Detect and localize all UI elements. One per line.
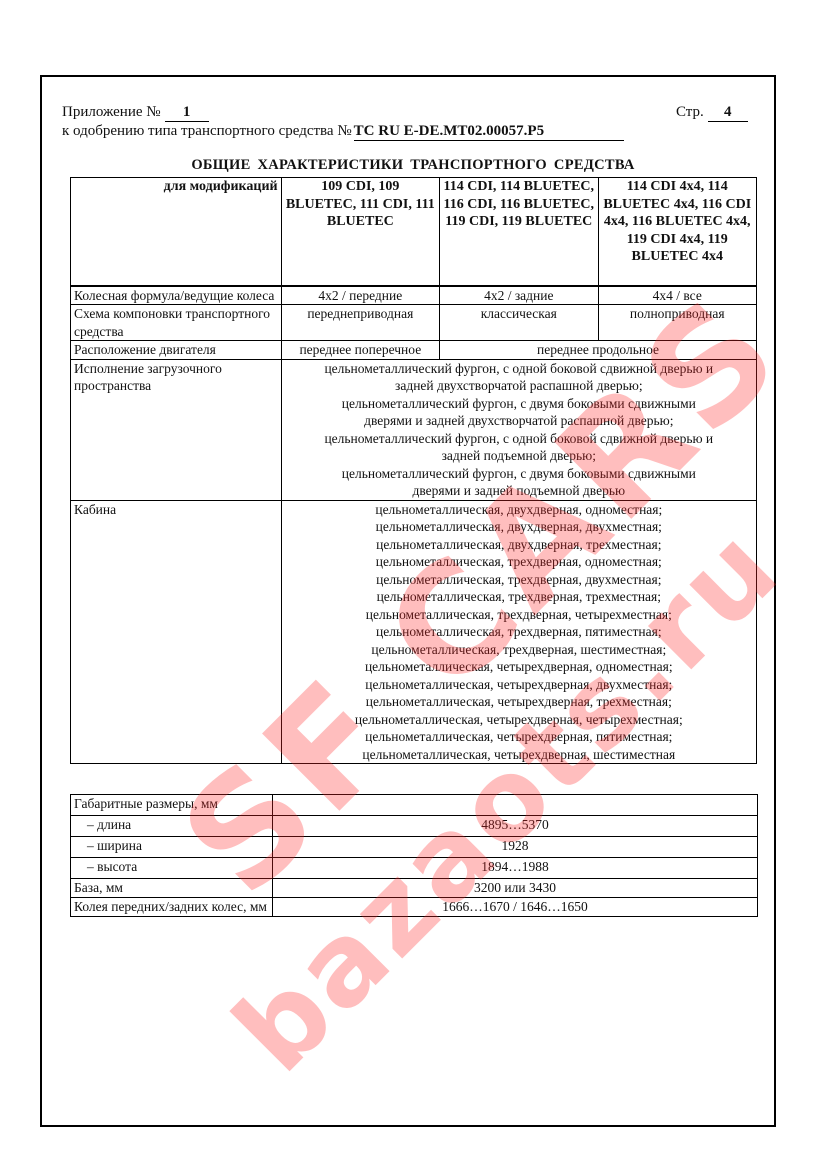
- cabin-line: цельнометаллическая, трехдверная, двухме…: [285, 571, 753, 589]
- cargo-line: дверями и задней подъемной дверью: [285, 482, 753, 500]
- cabin-line: цельнометаллическая, трехдверная, пятиме…: [285, 623, 753, 641]
- row-value: 4x2 / передние: [281, 286, 439, 305]
- spec-table: для модификаций 109 CDI, 109 BLUETEC, 11…: [70, 177, 757, 764]
- row-label: Расположение двигателя: [71, 341, 282, 360]
- track-label: Колея передних/задних колес, мм: [71, 898, 273, 917]
- appendix-label: Приложение №: [62, 104, 161, 120]
- height-value: 1894…1988: [273, 858, 758, 879]
- table-row: Габаритные размеры, мм: [71, 795, 758, 816]
- table-row: – длина 4895…5370: [71, 816, 758, 837]
- table-row: Схема компоновки транспортного средства …: [71, 305, 757, 341]
- cabin-line: цельнометаллическая, двухдверная, одноме…: [285, 501, 753, 519]
- cabin-line: цельнометаллическая, четырехдверная, одн…: [285, 658, 753, 676]
- overall-dimensions-value: [273, 795, 758, 816]
- width-value: 1928: [273, 837, 758, 858]
- table-row: Расположение двигателя переднее поперечн…: [71, 341, 757, 360]
- cabin-line: цельнометаллическая, четырехдверная, шес…: [285, 746, 753, 764]
- appendix-number: 1: [165, 103, 209, 122]
- cargo-line: цельнометаллический фургон, с двумя боко…: [285, 395, 753, 413]
- cabin-line: цельнометаллическая, трехдверная, одноме…: [285, 553, 753, 571]
- cabin-line: цельнометаллическая, трехдверная, четыре…: [285, 606, 753, 624]
- modifications-row: для модификаций 109 CDI, 109 BLUETEC, 11…: [71, 178, 757, 286]
- row-value: полноприводная: [598, 305, 757, 341]
- height-label: – высота: [71, 858, 273, 879]
- cabin-row: Кабина цельнометаллическая, двухдверная,…: [71, 500, 757, 764]
- row-value: переднеприводная: [281, 305, 439, 341]
- length-label: – длина: [71, 816, 273, 837]
- approval-number: TC RU E-DE.MT02.00057.P5: [354, 122, 624, 141]
- modification-group-3: 114 CDI 4x4, 114 BLUETEC 4x4, 116 CDI 4x…: [598, 178, 757, 286]
- row-value: переднее поперечное: [281, 341, 439, 360]
- cabin-line: цельнометаллическая, трехдверная, шестим…: [285, 641, 753, 659]
- row-label: Колесная формула/ведущие колеса: [71, 286, 282, 305]
- track-value: 1666…1670 / 1646…1650: [273, 898, 758, 917]
- cargo-line: цельнометаллический фургон, с одной боко…: [285, 430, 753, 448]
- appendix-line: Приложение №1: [62, 103, 209, 122]
- cargo-line: дверями и задней двухстворчатой распашно…: [285, 412, 753, 430]
- page-number: 4: [708, 103, 748, 122]
- table-row: – ширина 1928: [71, 837, 758, 858]
- cargo-line: задней подъемной дверью;: [285, 447, 753, 465]
- cabin-line: цельнометаллическая, четырехдверная, чет…: [285, 711, 753, 729]
- cargo-row: Исполнение загрузочного пространства цел…: [71, 359, 757, 500]
- width-label: – ширина: [71, 837, 273, 858]
- cabin-label: Кабина: [71, 500, 282, 764]
- cabin-line: цельнометаллическая, четырехдверная, тре…: [285, 693, 753, 711]
- row-value: переднее продольное: [440, 341, 757, 360]
- approval-line: к одобрению типа транспортного средства …: [62, 122, 624, 141]
- overall-dimensions-label: Габаритные размеры, мм: [71, 795, 273, 816]
- cargo-line: цельнометаллический фургон, с двумя боко…: [285, 465, 753, 483]
- wheelbase-label: База, мм: [71, 879, 273, 898]
- cabin-line: цельнометаллическая, двухдверная, трехме…: [285, 536, 753, 554]
- dimensions-table: Габаритные размеры, мм – длина 4895…5370…: [70, 794, 758, 917]
- table-row: Колея передних/задних колес, мм 1666…167…: [71, 898, 758, 917]
- modification-group-1: 109 CDI, 109 BLUETEC, 111 CDI, 111 BLUET…: [281, 178, 439, 286]
- length-value: 4895…5370: [273, 816, 758, 837]
- cargo-line: задней двухстворчатой распашной дверью;: [285, 377, 753, 395]
- cargo-line: цельнометаллический фургон, с одной боко…: [285, 360, 753, 378]
- cabin-line: цельнометаллическая, трехдверная, трехме…: [285, 588, 753, 606]
- cabin-line: цельнометаллическая, четырехдверная, дву…: [285, 676, 753, 694]
- wheelbase-value: 3200 или 3430: [273, 879, 758, 898]
- page-number-line: Стр.4: [676, 103, 748, 122]
- cabin-values: цельнометаллическая, двухдверная, одноме…: [281, 500, 756, 764]
- modifications-label: для модификаций: [71, 178, 282, 286]
- page-label: Стр.: [676, 104, 704, 120]
- modification-group-2: 114 CDI, 114 BLUETEC, 116 CDI, 116 BLUET…: [440, 178, 598, 286]
- document-title: ОБЩИЕ ХАРАКТЕРИСТИКИ ТРАНСПОРТНОГО СРЕДС…: [70, 157, 756, 174]
- cabin-line: цельнометаллическая, четырехдверная, пят…: [285, 728, 753, 746]
- table-row: Колесная формула/ведущие колеса 4x2 / пе…: [71, 286, 757, 305]
- row-value: 4x2 / задние: [440, 286, 598, 305]
- row-value: классическая: [440, 305, 598, 341]
- cargo-label: Исполнение загрузочного пространства: [71, 359, 282, 500]
- cargo-values: цельнометаллический фургон, с одной боко…: [281, 359, 756, 500]
- approval-label: к одобрению типа транспортного средства …: [62, 123, 352, 139]
- cabin-line: цельнометаллическая, двухдверная, двухме…: [285, 518, 753, 536]
- row-value: 4x4 / все: [598, 286, 757, 305]
- table-row: – высота 1894…1988: [71, 858, 758, 879]
- table-row: База, мм 3200 или 3430: [71, 879, 758, 898]
- row-label: Схема компоновки транспортного средства: [71, 305, 282, 341]
